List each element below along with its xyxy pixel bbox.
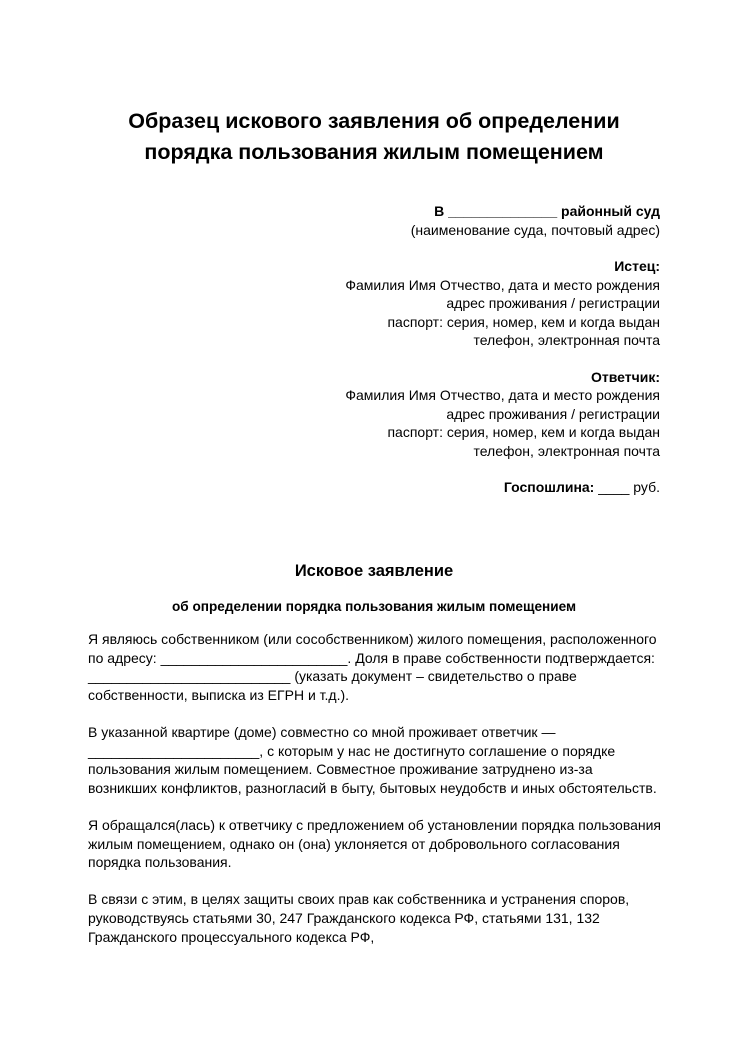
claim-subheading: об определении порядка пользования жилым… (0, 598, 748, 616)
plaintiff-contacts-line: телефон, электронная почта (260, 331, 660, 350)
defendant-name-line: Фамилия Имя Отчество, дата и место рожде… (260, 386, 660, 405)
text-line: пользования жилым помещением. Совместное… (88, 760, 668, 779)
text-line: Я обращался(лась) к ответчику с предложе… (88, 816, 668, 835)
text-line: руководствуясь статьями 30, 247 Гражданс… (88, 909, 668, 928)
paragraph-cohabitation: В указанной квартире (доме) совместно со… (88, 723, 668, 797)
text-line: __________________________ (указать доку… (88, 667, 668, 686)
paragraph-ownership: Я являюсь собственником (или сособственн… (88, 630, 668, 704)
plaintiff-label: Истец: (260, 257, 660, 276)
text-line: по адресу: ________________________. Дол… (88, 649, 668, 668)
fee-blank: ____ (598, 479, 629, 495)
plaintiff-address-line: адрес проживания / регистрации (260, 294, 660, 313)
title-line: порядка пользования жилым помещением (0, 137, 748, 168)
text-line: В связи с этим, в целях защиты своих пра… (88, 890, 668, 909)
text-line: собственности, выписка из ЕГРН и т.д.). (88, 686, 668, 705)
defendant-contacts-line: телефон, электронная почта (260, 442, 660, 461)
text-line: жилым помещением, однако он (она) уклоня… (88, 835, 668, 854)
defendant-label: Ответчик: (260, 368, 660, 387)
court-line: В ______________ районный суд (260, 202, 660, 221)
court-prefix: В (434, 203, 444, 219)
paragraph-legal-basis: В связи с этим, в целях защиты своих пра… (88, 890, 668, 946)
text-line: порядка пользования. (88, 853, 668, 872)
plaintiff-name-line: Фамилия Имя Отчество, дата и место рожде… (260, 276, 660, 295)
court-note: (наименование суда, почтовый адрес) (260, 221, 660, 240)
defendant-address-line: адрес проживания / регистрации (260, 405, 660, 424)
text-line: ______________________, с которым у нас … (88, 742, 668, 761)
defendant-passport-line: паспорт: серия, номер, кем и когда выдан (260, 423, 660, 442)
court-suffix: районный суд (561, 203, 660, 219)
fee-label: Госпошлина: (504, 479, 594, 495)
claim-heading: Исковое заявление (0, 561, 748, 581)
document-title: Образец искового заявления об определени… (0, 106, 748, 168)
text-line: В указанной квартире (доме) совместно со… (88, 723, 668, 742)
addressee-block: В ______________ районный суд (наименова… (260, 202, 660, 497)
paragraph-appeal: Я обращался(лась) к ответчику с предложе… (88, 816, 668, 872)
text-line: Я являюсь собственником (или сособственн… (88, 630, 668, 649)
court-blank: ______________ (448, 203, 557, 219)
plaintiff-passport-line: паспорт: серия, номер, кем и когда выдан (260, 313, 660, 332)
text-line: Гражданского процессуального кодекса РФ, (88, 928, 668, 947)
claim-body: Я являюсь собственником (или сособственн… (88, 630, 668, 965)
text-line: возникших конфликтов, разногласий в быту… (88, 779, 668, 798)
title-line: Образец искового заявления об определени… (0, 106, 748, 137)
fee-unit: руб. (633, 479, 660, 495)
fee-line: Госпошлина: ____ руб. (260, 478, 660, 497)
